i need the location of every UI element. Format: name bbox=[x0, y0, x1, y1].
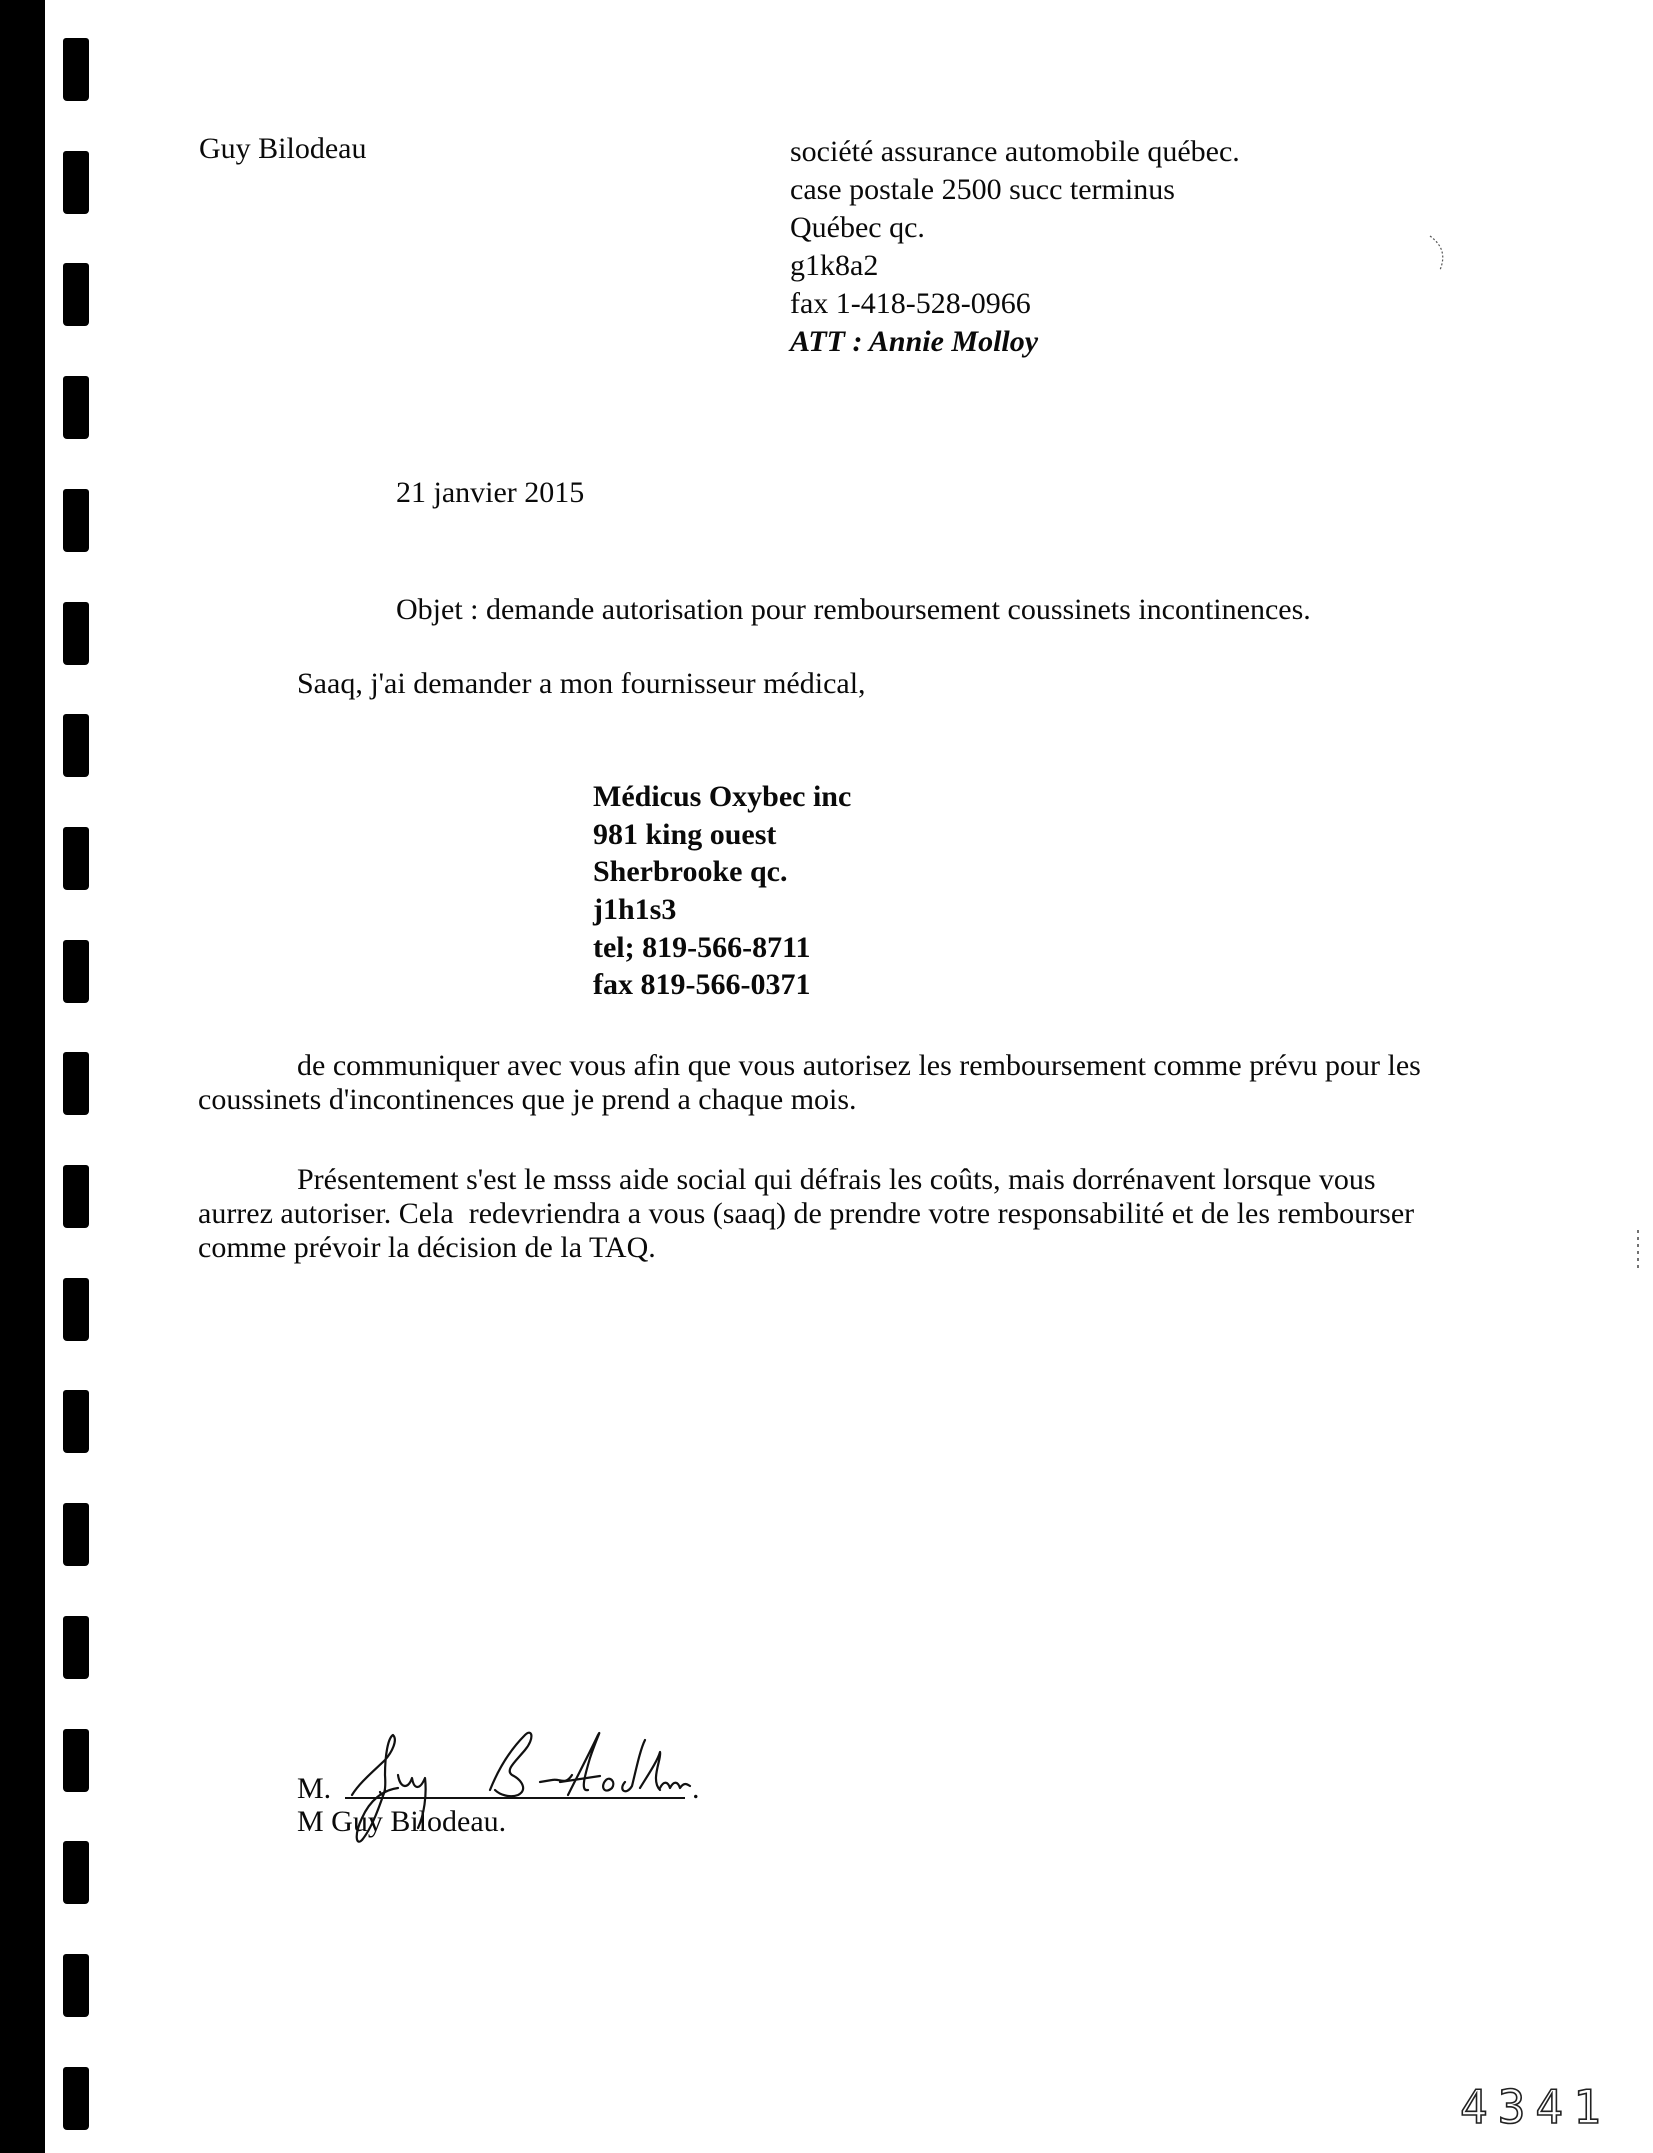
scan-punch-mark bbox=[63, 1503, 89, 1566]
scan-punch-mark bbox=[63, 714, 89, 777]
supplier-line: 981 king ouest bbox=[593, 820, 776, 850]
paragraph-line: Présentement s'est le msss aide social q… bbox=[297, 1165, 1376, 1195]
scan-punch-mark bbox=[63, 1616, 89, 1679]
scan-punch-mark bbox=[63, 2067, 89, 2130]
supplier-line: Médicus Oxybec inc bbox=[593, 782, 851, 812]
signature-prefix: M. bbox=[297, 1774, 331, 1804]
letter-date: 21 janvier 2015 bbox=[396, 478, 584, 508]
supplier-line: tel; 819-566-8711 bbox=[593, 933, 810, 963]
recipient-line: société assurance automobile québec. bbox=[790, 137, 1240, 167]
scan-punch-mark bbox=[63, 151, 89, 214]
scan-punch-mark bbox=[63, 1729, 89, 1792]
scan-punch-mark bbox=[63, 376, 89, 439]
signature-printed-name: M Guy Bilodeau. bbox=[297, 1807, 506, 1837]
paragraph-line: de communiquer avec vous afin que vous a… bbox=[297, 1051, 1421, 1081]
scan-punch-mark bbox=[63, 1278, 89, 1341]
paragraph-line: aurrez autoriser. Cela redevriendra a vo… bbox=[198, 1199, 1414, 1229]
signature-trailing-dot: . bbox=[692, 1774, 700, 1804]
signature-line bbox=[345, 1797, 685, 1799]
scan-punch-mark bbox=[63, 602, 89, 665]
supplier-line: Sherbrooke qc. bbox=[593, 857, 787, 887]
recipient-line: g1k8a2 bbox=[790, 251, 878, 281]
page-number-stamp: 4341 bbox=[1460, 2080, 1611, 2134]
paragraph-line: coussinets d'incontinences que je prend … bbox=[198, 1085, 857, 1115]
supplier-line: fax 819-566-0371 bbox=[593, 970, 810, 1000]
recipient-line: Québec qc. bbox=[790, 213, 925, 243]
paragraph-line: comme prévoir la décision de la TAQ. bbox=[198, 1233, 656, 1263]
scan-punch-mark bbox=[63, 1390, 89, 1453]
scan-punch-mark bbox=[63, 1841, 89, 1904]
recipient-attention: ATT : Annie Molloy bbox=[790, 327, 1038, 357]
scan-punch-mark bbox=[63, 1165, 89, 1228]
scan-punch-mark bbox=[63, 1954, 89, 2017]
letter-salutation: Saaq, j'ai demander a mon fournisseur mé… bbox=[297, 669, 866, 699]
scan-punch-mark bbox=[63, 38, 89, 101]
scan-punch-mark bbox=[63, 489, 89, 552]
letter-subject: Objet : demande autorisation pour rembou… bbox=[396, 595, 1311, 625]
scan-punch-mark bbox=[63, 940, 89, 1003]
scan-punch-mark bbox=[63, 263, 89, 326]
recipient-line: fax 1-418-528-0966 bbox=[790, 289, 1031, 319]
recipient-line: case postale 2500 succ terminus bbox=[790, 175, 1175, 205]
sender-name: Guy Bilodeau bbox=[199, 134, 366, 164]
supplier-line: j1h1s3 bbox=[593, 895, 676, 925]
scan-punch-mark bbox=[63, 827, 89, 890]
scan-punch-mark bbox=[63, 1052, 89, 1115]
scan-edge-bar bbox=[0, 0, 45, 2153]
